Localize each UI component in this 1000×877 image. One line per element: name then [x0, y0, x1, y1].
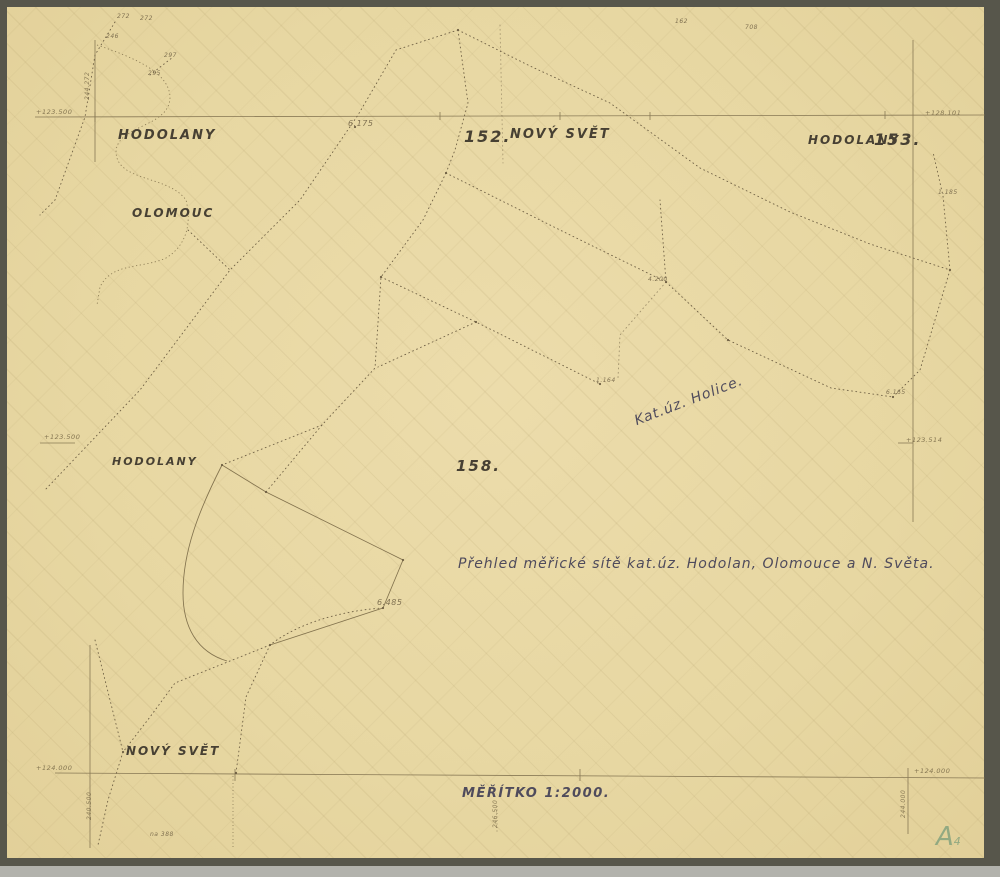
point-label: 4.200 — [648, 276, 668, 283]
point-label: 708 — [745, 24, 758, 31]
border-lines — [35, 40, 985, 848]
rotated-coord-label: 246.500 — [492, 800, 499, 828]
point-label: 1.164 — [596, 377, 616, 384]
coord-label: +123.500 — [36, 108, 72, 116]
region-label: 152. — [464, 127, 511, 146]
point-label: na 388 — [150, 831, 174, 838]
sheet-mark-a4: A4 — [936, 822, 961, 852]
coord-label: +124.000 — [914, 767, 950, 775]
region-label: HODOLANY — [112, 455, 198, 468]
region-label: NOVÝ SVĚT — [126, 744, 220, 758]
sheet-mark-subscript: 4 — [954, 835, 961, 848]
coord-label: +124.000 — [36, 764, 72, 772]
map-title: Přehled měřické sítě kat.úz. Hodolan, Ol… — [458, 556, 935, 572]
point-label: 272 — [140, 15, 153, 22]
point-label: 246 — [106, 33, 119, 40]
point-label: 162 — [675, 18, 688, 25]
point-label: 272 — [117, 13, 130, 20]
olomouc-boundary — [97, 45, 188, 305]
parcel-lines — [183, 465, 403, 661]
rotated-coord-label: 240.500 — [86, 792, 93, 820]
rotated-coord-label: 244.272 — [84, 72, 91, 100]
region-label: OLOMOUC — [132, 206, 214, 220]
region-label: 153. — [874, 130, 921, 149]
region-label: 158. — [456, 457, 501, 475]
scale-note: MĚŘÍTKO 1:2000. — [462, 786, 610, 801]
point-label: 6.175 — [348, 119, 373, 128]
point-label: 295 — [148, 70, 161, 77]
point-label: 1.185 — [938, 189, 958, 196]
point-label: 297 — [164, 52, 177, 59]
region-label: HODOLANY — [118, 128, 216, 143]
point-label: 6.165 — [886, 389, 906, 396]
point-label: 6.485 — [377, 598, 402, 607]
scanned-map-page: HODOLANY152.NOVÝ SVĚTHODOLANY153.OLOMOUC… — [0, 0, 1000, 877]
sheet-mark-letter: A — [936, 822, 954, 852]
coord-label: +128.101 — [925, 109, 961, 117]
region-label: NOVÝ SVĚT — [510, 127, 611, 142]
rotated-coord-label: 244.000 — [900, 790, 907, 818]
coord-label: +123.500 — [44, 433, 80, 441]
coord-label: +123.514 — [906, 436, 942, 444]
